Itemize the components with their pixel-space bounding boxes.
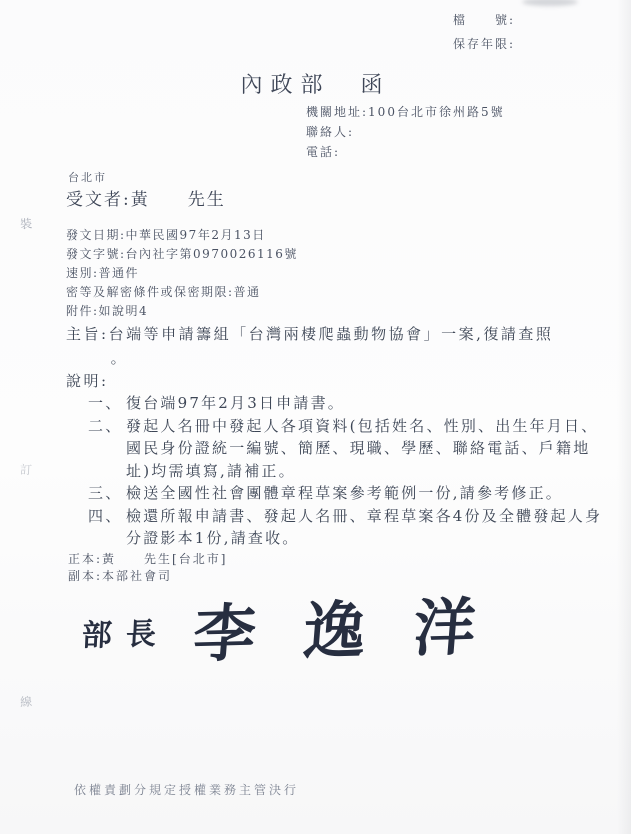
recipient-city: 台北市 <box>68 169 107 185</box>
agency-address: 機關地址:100台北市徐州路5號 <box>306 102 505 122</box>
item-number: 三、 <box>88 482 126 505</box>
cc-copy-line: 副本:本部社會司 <box>68 568 227 585</box>
list-item: 四、 檢還所報申請書、發起人名冊、章程草案各4份及全體發起人身分證影本1份,請查… <box>88 505 608 550</box>
list-item: 一、 復台端97年2月3日申請書。 <box>88 392 608 415</box>
signature-title: 部長 <box>81 608 171 654</box>
priority: 速別:普通件 <box>66 264 298 283</box>
item-text: 發起人名冊中發起人各項資料(包括姓名、性別、出生年月日、國民身份證統一編號、簡歷… <box>126 415 608 483</box>
file-number-label: 檔 號: <box>453 8 515 32</box>
list-item: 三、 檢送全國性社會團體章程草案參考範例一份,請參考修正。 <box>88 482 608 505</box>
original-copy-line: 正本:黃 先生[台北市] <box>68 551 227 568</box>
item-number: 二、 <box>88 415 126 438</box>
document-title: 內政部 函 <box>0 68 631 99</box>
document-meta-block: 發文日期:中華民國97年2月13日 發文字號:台內社字第0970026116號 … <box>66 226 298 321</box>
recipient-name: 受文者:黃 先生 <box>66 185 226 210</box>
attachment-note: 附件:如說明4 <box>66 302 298 321</box>
subject-period: 。 <box>111 346 601 370</box>
document-number: 發文字號:台內社字第0970026116號 <box>66 245 298 264</box>
file-number-block: 檔 號: 保存年限: <box>453 8 515 56</box>
subject-line: 主旨: 台端等申請籌組「台灣兩棲爬蟲動物協會」一案,復請查照 。 <box>66 322 601 370</box>
minister-signature: 部長 李逸洋 <box>81 576 525 677</box>
agency-info-block: 機關地址:100台北市徐州路5號 聯絡人: 電話: <box>306 102 505 162</box>
scan-smudge <box>522 0 578 6</box>
subject-text: 台端等申請籌組「台灣兩棲爬蟲動物協會」一案,復請查照 <box>109 325 554 343</box>
explanation-label: 說明: <box>66 370 109 391</box>
signature-name: 李逸洋 <box>191 576 528 674</box>
subject-label: 主旨: <box>66 322 109 370</box>
distribution-block: 正本:黃 先生[台北市] 副本:本部社會司 <box>68 551 227 585</box>
binding-mark-zhuang: 裝 <box>19 214 33 232</box>
contact-person-label: 聯絡人: <box>306 122 505 142</box>
explanation-list: 一、 復台端97年2月3日申請書。 二、 發起人名冊中發起人各項資料(包括姓名、… <box>88 392 608 550</box>
item-text: 檢送全國性社會團體章程草案參考範例一份,請參考修正。 <box>126 482 608 505</box>
phone-label: 電話: <box>306 142 505 162</box>
delegation-note: 依權責劃分規定授權業務主管決行 <box>74 781 299 798</box>
binding-mark-xian: 線 <box>19 693 32 711</box>
binding-mark-ding: 訂 <box>20 461 33 479</box>
item-number: 一、 <box>88 392 126 415</box>
list-item: 二、 發起人名冊中發起人各項資料(包括姓名、性別、出生年月日、國民身份證統一編號… <box>88 415 608 483</box>
retention-period-label: 保存年限: <box>453 32 515 56</box>
item-text: 復台端97年2月3日申請書。 <box>126 392 608 415</box>
scanned-official-letter: 檔 號: 保存年限: 內政部 函 機關地址:100台北市徐州路5號 聯絡人: 電… <box>0 0 631 834</box>
issue-date: 發文日期:中華民國97年2月13日 <box>66 226 298 245</box>
subject-text-wrap: 台端等申請籌組「台灣兩棲爬蟲動物協會」一案,復請查照 。 <box>109 322 601 370</box>
item-text: 檢還所報申請書、發起人名冊、章程草案各4份及全體發起人身分證影本1份,請查收。 <box>126 505 608 550</box>
item-number: 四、 <box>88 505 126 528</box>
classification: 密等及解密條件或保密期限:普通 <box>66 283 298 302</box>
